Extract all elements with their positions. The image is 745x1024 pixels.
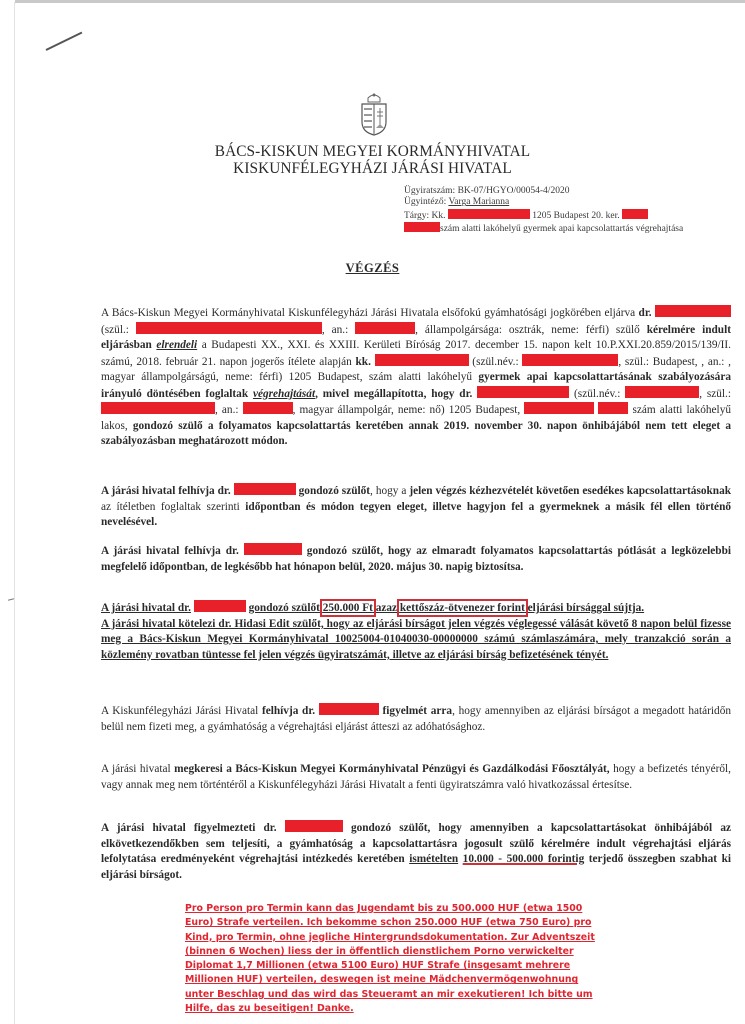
redaction	[375, 354, 469, 366]
text-run: , állampolgársága: osztrák, neme: férfi)…	[415, 324, 647, 336]
text-run: az ítéletben foglaltak szerinti	[101, 501, 245, 513]
text-run: dr.	[639, 307, 652, 319]
document-title: VÉGZÉS	[0, 261, 745, 276]
text-run: végrehajtását	[253, 388, 315, 400]
text-run: (szül.név.:	[469, 356, 523, 368]
coat-of-arms-icon	[360, 92, 388, 136]
case-metadata: Ügyiratszám: BK-07/HGYO/00054-4/2020 Ügy…	[404, 186, 732, 236]
text-run: figyelmét arra	[379, 705, 452, 717]
text-run: felhívja dr.	[262, 705, 315, 717]
text-run: ismételten	[409, 853, 458, 865]
text-run: gondozó szülőt	[296, 485, 370, 497]
text-run: A járási hivatal felhívja dr.	[101, 545, 239, 557]
annotation-note: Pro Person pro Termin kann das Jugendamt…	[185, 902, 605, 1016]
fine-amount-words: kettőszáz-ötvenezer forint	[400, 602, 525, 614]
text-run: jelen végzés kézhezvételét követően esed…	[409, 485, 731, 497]
paragraph-summons-contact: A járási hivatal felhívja dr. gondozó sz…	[101, 483, 731, 531]
text-run: A Kiskunfélegyházi Járási Hivatal	[101, 705, 262, 717]
text-run: , magyar állampolgár, neme: nő) 1205 Bud…	[293, 404, 525, 416]
text-run: A járási hivatal felhívja dr.	[101, 485, 231, 497]
redaction	[136, 322, 322, 334]
text-run: megkeresi a Bács-Kiskun Megyei Kormányhi…	[174, 763, 610, 775]
redaction	[244, 543, 302, 555]
text-run: , an.:	[215, 404, 243, 416]
redaction	[524, 402, 594, 414]
text-run: azaz	[373, 602, 400, 614]
text-run: A járási hivatal figyelmezteti dr.	[101, 822, 277, 834]
paragraph-tax-authority: A Kiskunfélegyházi Járási Hivatal felhív…	[101, 703, 731, 735]
redaction	[194, 600, 246, 612]
redaction	[285, 820, 343, 832]
redaction	[355, 322, 415, 334]
text-run: A járási hivatal	[101, 763, 174, 775]
redaction	[522, 354, 618, 366]
text-run: , szül.:	[699, 388, 731, 400]
paragraph-warning: A járási hivatal figyelmezteti dr. gondo…	[101, 820, 731, 883]
text-run: (szül.név.:	[569, 388, 625, 400]
org-name-line1: BÁCS-KISKUN MEGYEI KORMÁNYHIVATAL	[0, 143, 745, 161]
text-run: , an.:	[701, 356, 728, 368]
redaction	[243, 402, 293, 414]
redaction	[477, 386, 569, 398]
text-run: (szül.:	[101, 324, 136, 336]
redaction	[598, 402, 628, 414]
pen-mark	[46, 32, 83, 51]
text-run: , an.:	[322, 324, 355, 336]
text-run: A járási hivatal dr.	[101, 602, 191, 614]
text-run: A Bács-Kiskun Megyei Kormányhivatal Kisk…	[101, 307, 639, 319]
paragraph-finance-department: A járási hivatal megkeresi a Bács-Kiskun…	[101, 762, 731, 793]
text-run: elrendeli	[156, 339, 197, 351]
redaction	[625, 386, 699, 398]
redaction	[404, 222, 440, 232]
fine-amount: 250.000 Ft	[323, 602, 373, 614]
redaction	[319, 703, 379, 715]
org-name-line2: KISKUNFÉLEGYHÁZI JÁRÁSI HIVATAL	[0, 160, 745, 178]
redaction	[622, 209, 648, 219]
redaction	[655, 305, 731, 317]
redaction	[234, 483, 296, 495]
text-run: szám alatti lakóhelyű	[369, 371, 478, 383]
text-run: , mivel megállapította, hogy dr.	[315, 388, 472, 400]
redaction	[101, 402, 215, 414]
text-run: kk.	[356, 356, 371, 368]
text-run: gondozó szülőt	[249, 602, 323, 614]
text-run: A járási hivatal kötelezi dr. Hidasi Edi…	[101, 618, 731, 661]
paragraph-fine: A járási hivatal dr. gondozó szülőt 250.…	[101, 600, 731, 663]
paragraph-makeup-contact: A járási hivatal felhívja dr. gondozó sz…	[101, 543, 731, 575]
text-run: eljárási bírsággal sújtja.	[525, 602, 644, 614]
paragraph-order: A Bács-Kiskun Megyei Kormányhivatal Kisk…	[101, 305, 731, 450]
case-number: Ügyiratszám: BK-07/HGYO/00054-4/2020	[404, 186, 732, 197]
scan-top-edge	[15, 0, 745, 3]
case-subject: Tárgy: Kk. 1205 Budapest 20. ker. szám a…	[404, 209, 732, 236]
redaction	[448, 209, 530, 219]
text-run: gondozó szülő a folyamatos kapcsolattart…	[101, 420, 731, 448]
case-officer: Ügyintéző: Varga Marianna	[404, 197, 732, 208]
text-run: , szül.: Budapest,	[618, 356, 701, 368]
text-run: , hogy a	[370, 485, 409, 497]
fine-range: 10.000 - 500.000 forintig	[463, 853, 585, 865]
